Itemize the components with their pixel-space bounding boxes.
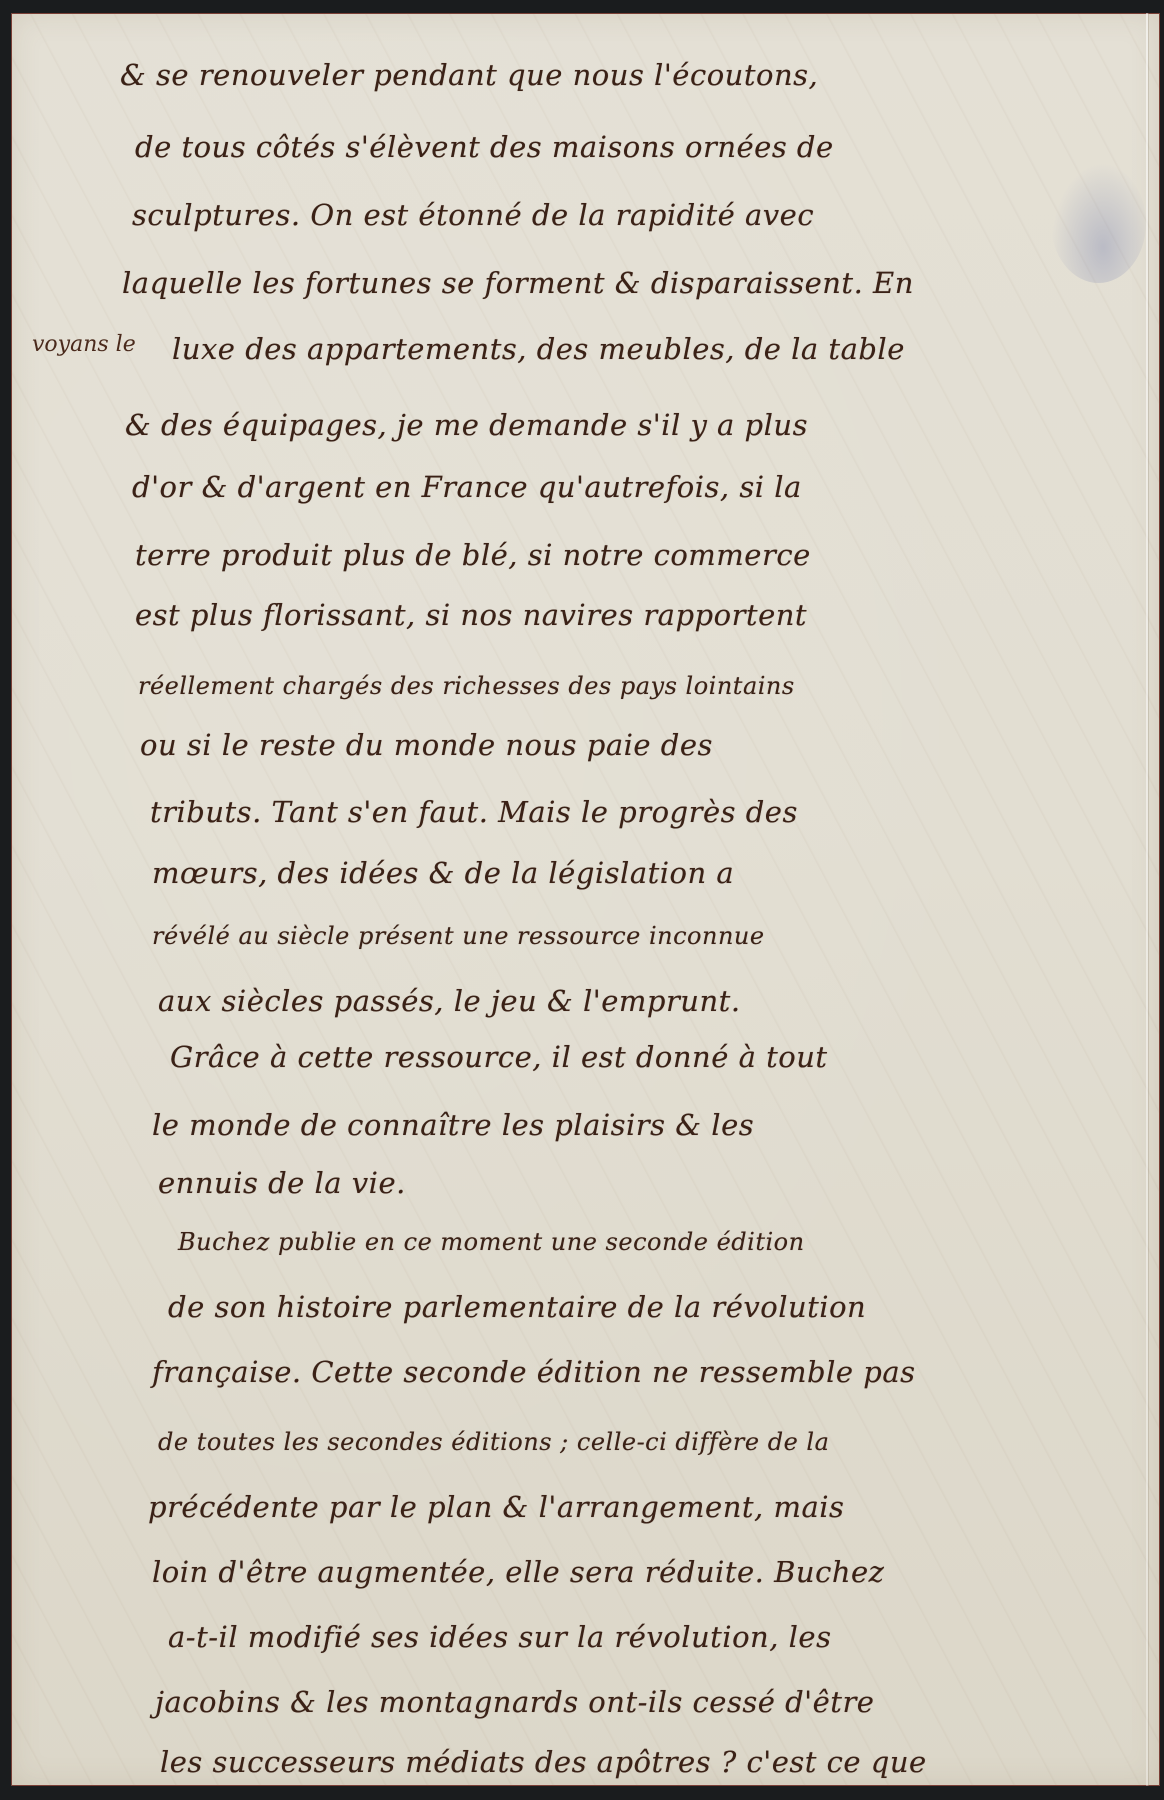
- manuscript-line: a-t-il modifié ses idées sur la révoluti…: [168, 1620, 831, 1654]
- page-fold-line: [1146, 13, 1148, 1786]
- manuscript-line: de toutes les secondes éditions ; celle-…: [158, 1428, 829, 1456]
- manuscript-line: loin d'être augmentée, elle sera réduite…: [152, 1555, 884, 1589]
- manuscript-line: laquelle les fortunes se forment & dispa…: [122, 266, 914, 300]
- manuscript-line: ennuis de la vie.: [158, 1166, 406, 1200]
- manuscript-line: précédente par le plan & l'arrangement, …: [148, 1490, 844, 1524]
- manuscript-line: réellement chargés des richesses des pay…: [138, 672, 795, 700]
- manuscript-line: le monde de connaître les plaisirs & les: [152, 1108, 754, 1142]
- manuscript-line: révélé au siècle présent une ressource i…: [152, 922, 765, 950]
- manuscript-line: de son histoire parlementaire de la révo…: [168, 1290, 866, 1324]
- margin-note: voyans le: [32, 332, 136, 357]
- manuscript-line: sculptures. On est étonné de la rapidité…: [132, 198, 814, 232]
- manuscript-line: ou si le reste du monde nous paie des: [140, 728, 713, 762]
- manuscript-line: & se renouveler pendant que nous l'écout…: [120, 58, 818, 92]
- manuscript-line: Buchez publie en ce moment une seconde é…: [178, 1228, 805, 1256]
- library-stamp-icon: [1051, 163, 1146, 283]
- manuscript-line: d'or & d'argent en France qu'autrefois, …: [132, 470, 802, 504]
- manuscript-line: & des équipages, je me demande s'il y a …: [125, 408, 808, 442]
- manuscript-line: luxe des appartements, des meubles, de l…: [172, 332, 905, 366]
- manuscript-line: tributs. Tant s'en faut. Mais le progrès…: [150, 795, 798, 829]
- manuscript-line: de tous côtés s'élèvent des maisons orné…: [135, 130, 834, 164]
- scan-background: voyans le & se renouveler pendant que no…: [0, 0, 1164, 1800]
- manuscript-line: française. Cette seconde édition ne ress…: [152, 1355, 916, 1389]
- manuscript-line: jacobins & les montagnards ont-ils cessé…: [155, 1685, 874, 1719]
- manuscript-line: aux siècles passés, le jeu & l'emprunt.: [158, 984, 741, 1018]
- manuscript-line: Grâce à cette ressource, il est donné à …: [170, 1040, 828, 1074]
- manuscript-line: est plus florissant, si nos navires rapp…: [135, 598, 807, 632]
- manuscript-line: mœurs, des idées & de la législation a: [152, 856, 734, 890]
- manuscript-line: les successeurs médiats des apôtres ? c'…: [160, 1745, 927, 1779]
- manuscript-line: terre produit plus de blé, si notre comm…: [135, 538, 811, 572]
